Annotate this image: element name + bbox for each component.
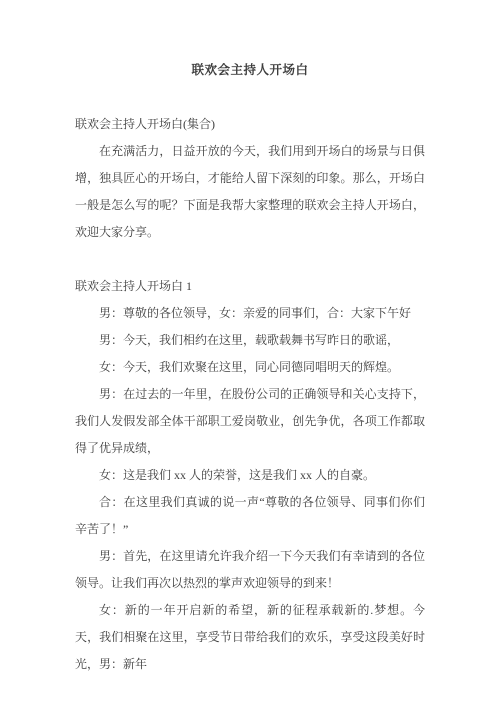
document-page: 联欢会主持人开场白 联欢会主持人开场白(集合) 在充满活力，日益开放的今天，我们… [0, 0, 500, 707]
dialogue-line: 女：今天，我们欢聚在这里，同心同德同唱明天的辉煌。 [75, 354, 425, 381]
collection-heading: 联欢会主持人开场白(集合) [75, 111, 425, 138]
intro-paragraph: 在充满活力，日益开放的今天，我们用到开场白的场景与日俱增，独具匠心的开场白，才能… [75, 138, 425, 246]
dialogue-line: 男：在过去的一年里，在股份公司的正确领导和关心支持下，我们人发假发部全体干部职工… [75, 381, 425, 462]
dialogue-line: 女：这是我们 xx 人的荣誉，这是我们 xx 人的自豪。 [75, 462, 425, 489]
dialogue-line: 女：新的一年开启新的希望，新的征程承载新的.梦想。今天，我们相聚在这里，享受节日… [75, 597, 425, 678]
section1-heading: 联欢会主持人开场白 1 [75, 273, 425, 300]
document-title: 联欢会主持人开场白 [75, 57, 425, 84]
dialogue-line: 合：在这里我们真诚的说一声“尊敬的各位领导、同事们你们辛苦了！” [75, 489, 425, 543]
dialogue-line: 男：首先，在这里请允许我介绍一下今天我们有幸请到的各位领导。让我们再次以热烈的掌… [75, 543, 425, 597]
dialogue-line: 男：尊敬的各位领导，女：亲爱的同事们，合：大家下午好 [75, 300, 425, 327]
dialogue-line: 男：今天，我们相约在这里，载歌载舞书写昨日的歌谣， [75, 327, 425, 354]
